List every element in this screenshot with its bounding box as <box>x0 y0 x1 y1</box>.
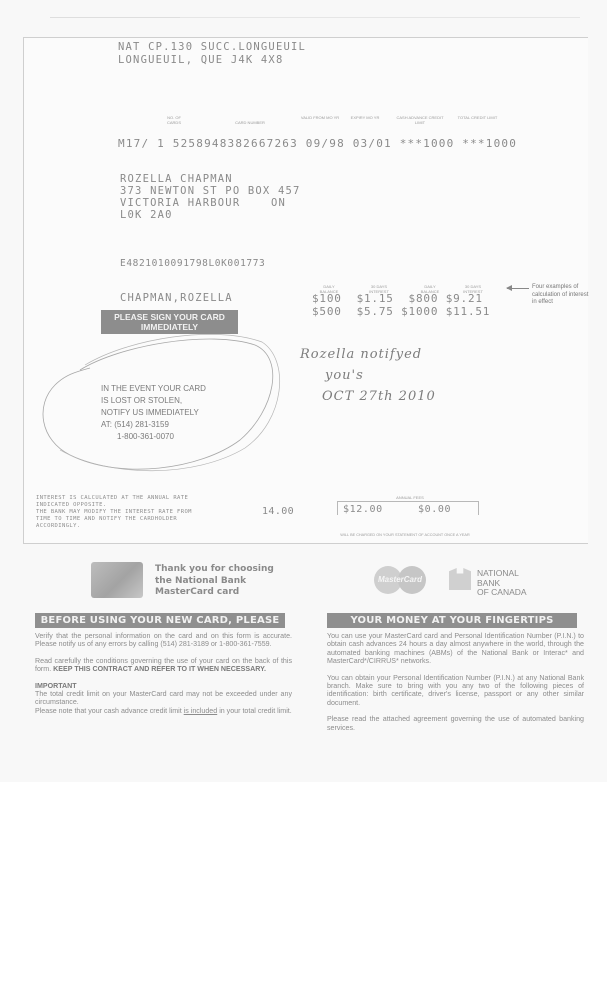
your-money-heading: YOUR MONEY AT YOUR FINGERTIPS <box>327 613 577 628</box>
verify-paragraph: Verify that the personal information on … <box>35 632 292 649</box>
thank-you-message: Thank you for choosing the National Bank… <box>155 564 274 599</box>
thanks-line: MasterCard card <box>155 587 274 599</box>
note-line: INDICATED OPPOSITE. <box>36 502 192 509</box>
is-included-text: is included <box>184 707 218 715</box>
before-using-section: Verify that the personal information on … <box>35 632 292 715</box>
scanned-page: NAT CP.130 SUCC.LONGUEUIL LONGUEUIL, QUE… <box>0 0 607 782</box>
lost-card-line: IN THE EVENT YOUR CARD <box>101 383 206 395</box>
keep-contract-text: KEEP THIS CONTRACT AND REFER TO IT WHEN … <box>53 665 266 673</box>
bank-name-line: OF CANADA <box>477 588 527 598</box>
handwritten-note-date: OCT 27th 2010 <box>322 389 436 404</box>
annual-fees-label: ANNUAL FEES <box>385 495 435 500</box>
lost-card-phone: AT: (514) 281-3159 <box>101 419 206 431</box>
mastercard-wordmark: MasterCard <box>374 575 426 584</box>
lost-card-line: NOTIFY US IMMEDIATELY <box>101 407 206 419</box>
fees-footer-note: WILL BE CHARGED ON YOUR STATEMENT OF ACC… <box>320 533 490 538</box>
thanks-line: the National Bank <box>155 576 274 588</box>
lost-card-line: IS LOST OR STOLEN, <box>101 395 206 407</box>
pin-paragraph: You can obtain your Personal Identificat… <box>327 674 584 708</box>
lost-card-notice: IN THE EVENT YOUR CARD IS LOST OR STOLEN… <box>101 383 206 443</box>
annual-fee-amount: $12.00 <box>343 503 383 516</box>
before-using-heading: BEFORE USING YOUR NEW CARD, PLEASE <box>35 613 285 628</box>
thanks-line: Thank you for choosing <box>155 564 274 576</box>
hand-drawn-oval-icon <box>0 0 607 560</box>
note-line: INTEREST IS CALCULATED AT THE ANNUAL RAT… <box>36 495 192 502</box>
cash-advance-paragraph: You can use your MasterCard card and Per… <box>327 632 584 666</box>
secondary-fee-amount: $0.00 <box>418 503 451 516</box>
important-title: IMPORTANT <box>35 682 77 690</box>
agreement-paragraph: Please read the attached agreement gover… <box>327 715 584 732</box>
conditions-paragraph: Read carefully the conditions governing … <box>35 657 292 674</box>
note-line: TIME TO TIME AND NOTIFY THE CARDHOLDER <box>36 516 192 523</box>
note-line: ACCORDINGLY. <box>36 523 192 530</box>
important-text: in your total credit limit. <box>219 707 292 715</box>
important-text: Please note that your cash advance credi… <box>35 707 182 715</box>
national-bank-flag-icon <box>449 568 471 590</box>
annual-interest-rate: 14.00 <box>262 505 294 518</box>
your-money-section: You can use your MasterCard card and Per… <box>327 632 584 740</box>
important-paragraph: IMPORTANTThe total credit limit on your … <box>35 682 292 716</box>
lost-card-tollfree: 1-800-361-0070 <box>101 431 206 443</box>
note-line: THE BANK MAY MODIFY THE INTEREST RATE FR… <box>36 509 192 516</box>
important-text: The total credit limit on your MasterCar… <box>35 690 292 706</box>
handwritten-note-line1: Rozella notifyed <box>300 347 422 362</box>
handwritten-note-line2: you's <box>325 368 364 383</box>
credit-card-image <box>91 562 143 598</box>
interest-rate-note: INTEREST IS CALCULATED AT THE ANNUAL RAT… <box>36 495 192 530</box>
national-bank-logo: NATIONAL BANK OF CANADA <box>477 569 527 598</box>
mastercard-logo-icon: MasterCard <box>374 566 426 594</box>
